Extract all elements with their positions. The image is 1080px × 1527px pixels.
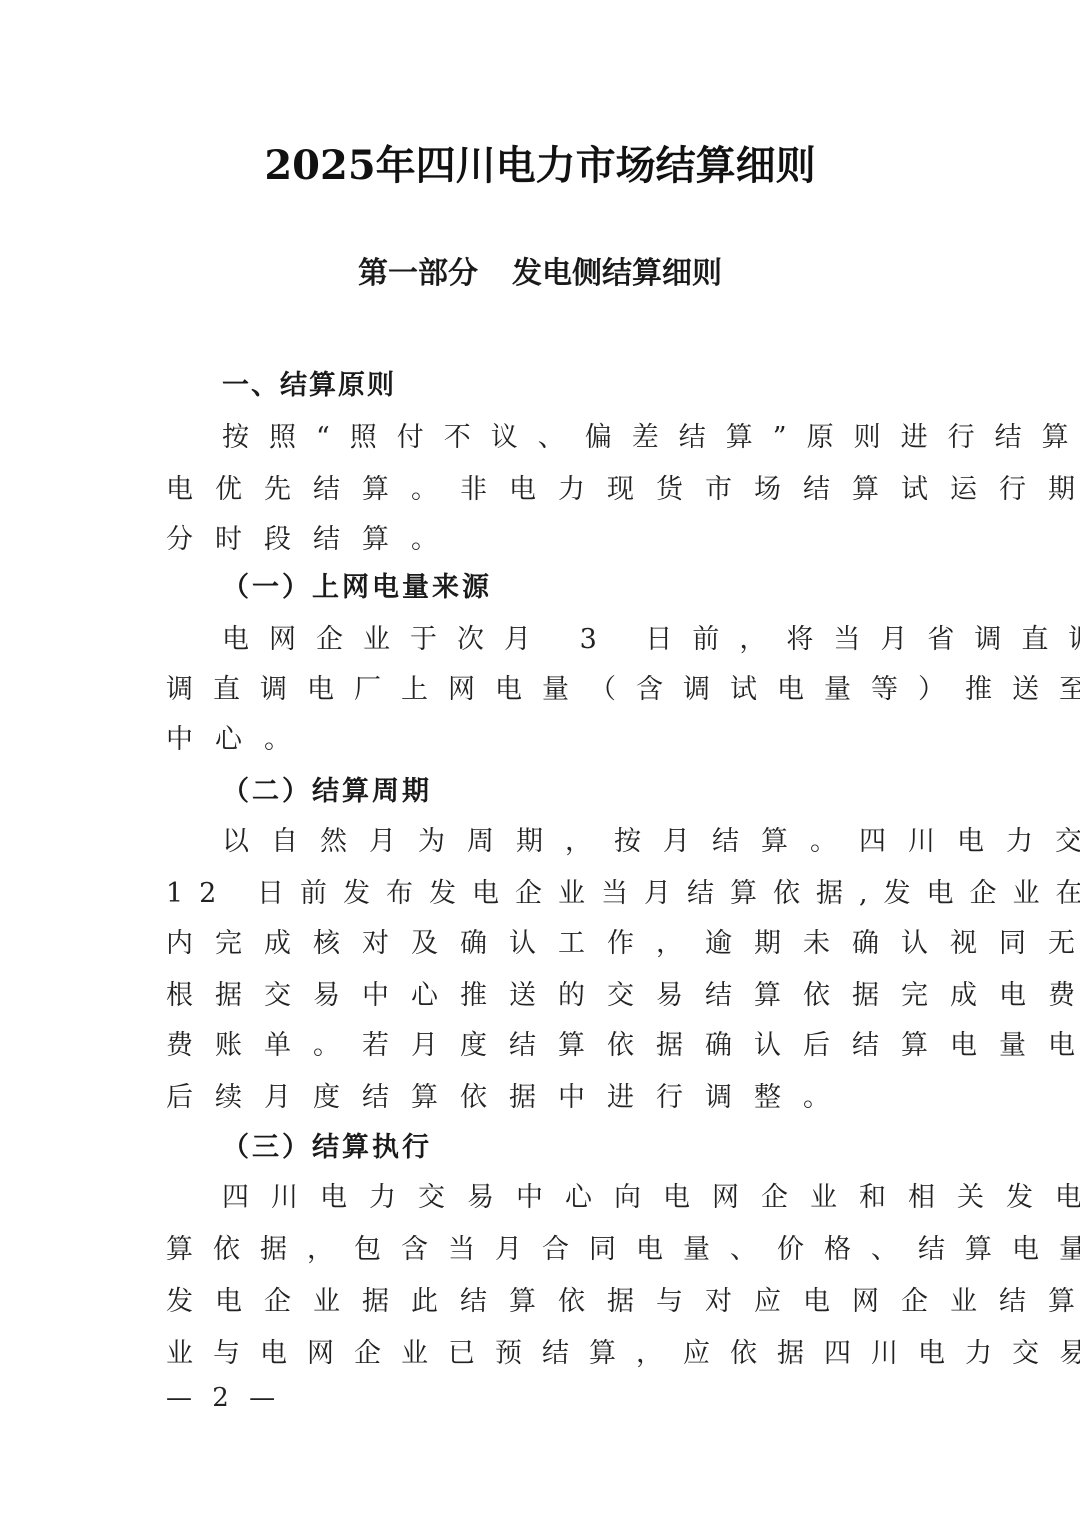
paragraph-line: 中心。 <box>166 720 916 760</box>
page-number: — 2 — <box>166 1380 281 1416</box>
section-heading-settlement-principles: 一、结算原则 <box>222 366 396 406</box>
part-number: 第一部分 <box>358 256 478 291</box>
paragraph-line: 发电企业据此结算依据与对应电网企业结算电费。若发电企 <box>166 1282 916 1322</box>
paragraph-line: 后续月度结算依据中进行调整。 <box>166 1078 916 1118</box>
paragraph-line: 电网企业于次月 3 日前，将当月省调直调电厂、西南网 <box>222 620 972 660</box>
paragraph-line: 业与电网企业已预结算，应依据四川电力交易中心出具的正 <box>166 1334 916 1374</box>
subsection-heading-settlement-cycle: （二）结算周期 <box>222 772 432 812</box>
paragraph-line: 12 日前发布发电企业当月结算依据,发电企业在 3 个工作日 <box>166 874 916 914</box>
paragraph-line: 四川电力交易中心向电网企业和相关发电企业出具结 <box>222 1178 972 1218</box>
paragraph-line: 算依据，包含当月合同电量、价格、结算电量等结算数据。 <box>166 1230 916 1270</box>
document-title: 2025年四川电力市场结算细则 <box>0 138 1080 194</box>
document-page: 2025年四川电力市场结算细则 第一部分发电侧结算细则 一、结算原则 按照“照付… <box>0 0 1080 1527</box>
paragraph-line: 以自然月为周期，按月结算。四川电力交易中心于次月 <box>222 822 972 862</box>
subsection-heading-settlement-execution: （三）结算执行 <box>222 1128 432 1168</box>
paragraph-line: 电优先结算。非电力现货市场结算试运行期间，偏差电量不 <box>166 470 916 510</box>
part-heading: 第一部分发电侧结算细则 <box>0 252 1080 296</box>
paragraph-line: 按照“照付不议、偏差结算”原则进行结算，其中，绿 <box>222 418 972 458</box>
paragraph-line: 调直调电厂上网电量（含调试电量等）推送至四川电力交易 <box>166 670 916 710</box>
subsection-heading-grid-energy-source: （一）上网电量来源 <box>222 568 492 608</box>
paragraph-line: 内完成核对及确认工作，逾期未确认视同无异议。电网企业 <box>166 924 916 964</box>
part-name: 发电侧结算细则 <box>512 256 722 291</box>
paragraph-line: 根据交易中心推送的交易结算依据完成电费核算，并出具电 <box>166 976 916 1016</box>
paragraph-line: 分时段结算。 <box>166 520 916 560</box>
paragraph-line: 费账单。若月度结算依据确认后结算电量电费出现变化，在 <box>166 1026 916 1066</box>
